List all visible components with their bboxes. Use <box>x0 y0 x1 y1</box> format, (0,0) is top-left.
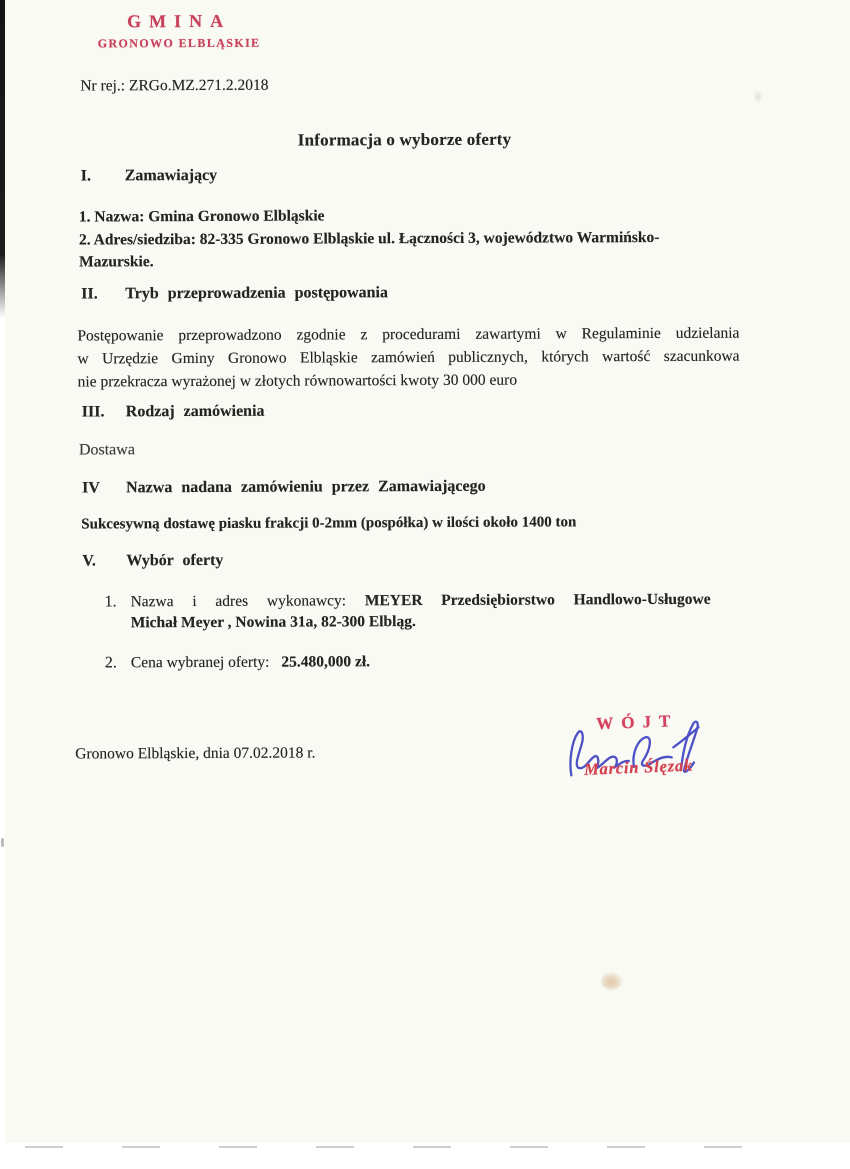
section-1-numeral: I. <box>81 167 125 185</box>
section-3-body: Dostawa <box>79 441 135 459</box>
section-3-heading: III.Rodzaj zamówienia <box>82 403 265 422</box>
section-1-line-3: Mazurskie. <box>79 253 154 271</box>
reference-number: Nr rej.: ZRGo.MZ.271.2.2018 <box>80 77 268 96</box>
municipality-stamp: GMINA GRONOWO ELBLĄSKIE <box>93 11 265 52</box>
contractor-label: Nazwa i adres wykonawcy: <box>131 592 347 610</box>
section-1-line-2: 2. Adres/siedziba: 82-335 Gronowo Elbląs… <box>79 229 659 250</box>
scan-smudge-faint <box>753 90 763 104</box>
price-line: Cena wybranej oferty: 25.480,000 zł. <box>131 653 370 672</box>
section-2-heading: II.Tryb przeprowadzenia postępowania <box>81 284 388 303</box>
section-5-numeral: V. <box>82 552 126 570</box>
section-4-heading: IVNazwa nadana zamówieniu przez Zamawiaj… <box>82 478 486 498</box>
section-4-numeral: IV <box>82 479 126 497</box>
section-1-heading: I.Zamawiający <box>81 167 218 186</box>
scan-bottom-edge-dashes <box>25 1146 770 1148</box>
section-3-numeral: III. <box>82 403 126 421</box>
place-date-line: Gronowo Elbląskie, dnia 07.02.2018 r. <box>75 744 315 763</box>
document-sheet: GMINA GRONOWO ELBLĄSKIE Nr rej.: ZRGo.MZ… <box>0 0 850 1169</box>
stamp-org-subname: GRONOWO ELBLĄSKIE <box>93 36 265 52</box>
price-label: Cena wybranej oferty: <box>131 654 270 672</box>
signature-block: WÓJT Marcin Ślęzak <box>557 692 811 797</box>
section-1-line-1: 1. Nazwa: Gmina Gronowo Elbląskie <box>79 207 325 226</box>
scan-edge-strip <box>0 0 5 318</box>
section-2-line-1: Postępowanie przeprowadzono zgodnie z pr… <box>77 325 739 346</box>
section-2-line-2: w Urzędzie Gminy Gronowo Elbląskie zamów… <box>77 348 739 369</box>
price-value: 25.480,000 zł. <box>281 653 370 670</box>
scan-speck <box>1 838 4 847</box>
scan-smudge <box>601 972 623 990</box>
contractor-address: Michał Meyer , Nowina 31a, 82-300 Elbląg… <box>131 613 416 632</box>
section-2-line-3: nie przekracza wyrażonej w złotych równo… <box>78 372 518 392</box>
stamp-org-name: GMINA <box>93 11 265 33</box>
section-4-body: Sukcesywną dostawę piasku frakcji 0-2mm … <box>81 514 576 533</box>
price-item-number: 2. <box>105 654 117 672</box>
contractor-item-number: 1. <box>105 593 117 611</box>
section-2-numeral: II. <box>81 285 125 303</box>
signer-name-stamp: Marcin Ślęzak <box>584 756 694 780</box>
contractor-name: MEYER Przedsiębiorstwo Handlowo-Usługowe <box>365 591 711 610</box>
section-5-heading: V.Wybór oferty <box>82 552 223 571</box>
contractor-line: Nazwa i adres wykonawcy: MEYER Przedsięb… <box>131 591 711 612</box>
document-title: Informacja o wyborze oferty <box>0 128 811 152</box>
